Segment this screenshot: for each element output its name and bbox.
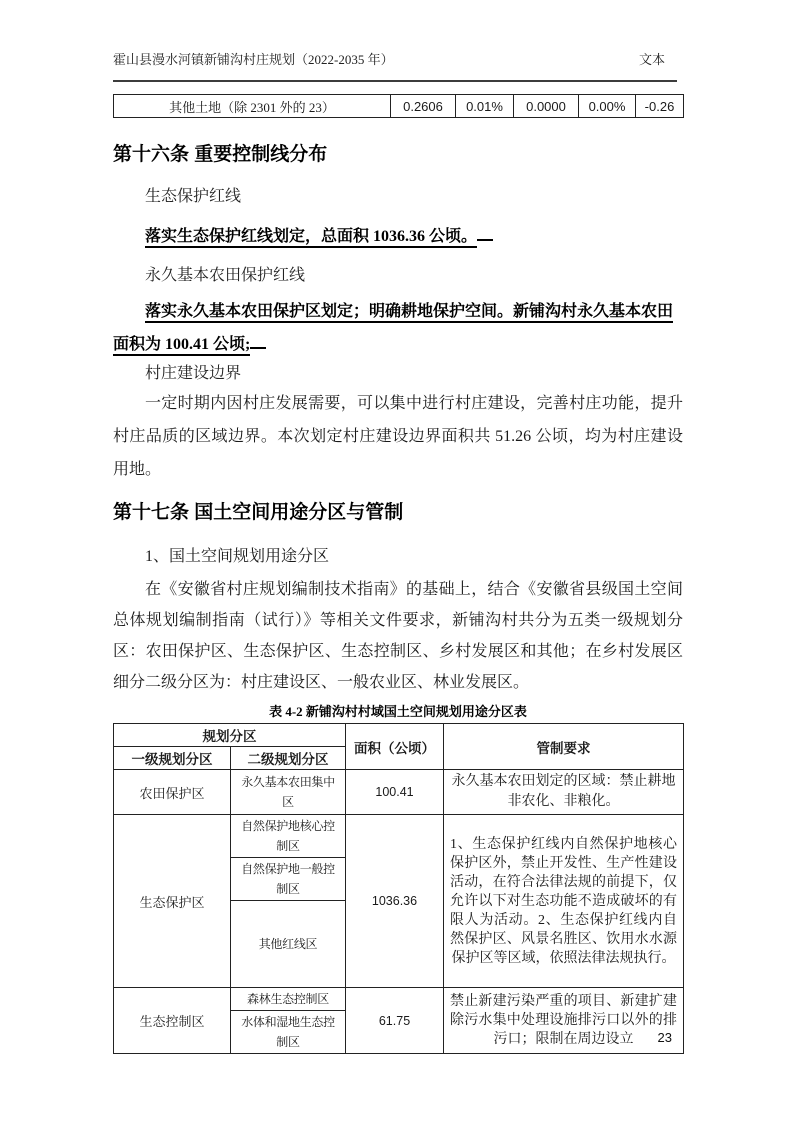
delta-cell: -0.26	[636, 95, 684, 118]
article-17-heading: 第十七条 国土空间用途分区与管制	[113, 500, 683, 526]
header-area: 面积（公顷）	[346, 724, 444, 770]
area-cell: 61.75	[346, 988, 444, 1054]
percent-cell: 0.00%	[579, 95, 636, 118]
document-page: 霍山县漫水河镇新铺沟村庄规划（2022-2035 年） 文本 其他土地（除 23…	[0, 0, 794, 1122]
table-row: 其他土地（除 2301 外的 23） 0.2606 0.01% 0.0000 0…	[114, 95, 684, 118]
rule-cell: 1、生态保护红线内自然保护地核心保护区外，禁止开发性、生产性建设活动，在符合法律…	[444, 815, 684, 988]
percent-cell: 0.01%	[456, 95, 514, 118]
header-zoning-group: 规划分区	[114, 724, 346, 747]
rule-cell: 禁止新建污染严重的项目、新建扩建除污水集中处理设施排污口以外的排污口；限制在周边…	[444, 988, 684, 1054]
header-control-requirements: 管制要求	[444, 724, 684, 770]
land-use-zoning-table: 规划分区 面积（公顷） 管制要求 一级规划分区 二级规划分区 农田保护区 永久基…	[113, 723, 684, 1054]
level1-cell: 生态控制区	[114, 988, 231, 1054]
table-row-farmland: 农田保护区 永久基本农田集中区 100.41 永久基本农田划定的区域：禁止耕地非…	[114, 770, 684, 815]
farmland-redline-clause: 落实永久基本农田保护区划定；明确耕地保护空间。新铺沟村永久基本农田面积为 100…	[113, 295, 683, 361]
village-boundary-paragraph: 一定时期内因村庄发展需要，可以集中进行村庄建设，完善村庄功能，提升村庄品质的区域…	[113, 387, 683, 486]
header-level2-zone: 二级规划分区	[231, 747, 346, 770]
level2-cell: 水体和湿地生态控制区	[231, 1011, 346, 1054]
land-type-cell: 其他土地（除 2301 外的 23）	[114, 95, 391, 118]
level2-cell: 自然保护地一般控制区	[231, 858, 346, 901]
area-cell: 1036.36	[346, 815, 444, 988]
eco-redline-clause: 落实生态保护红线划定，总面积 1036.36 公顷。	[113, 220, 683, 253]
rule-cell: 永久基本农田划定的区域：禁止耕地非农化、非粮化。	[444, 770, 684, 815]
zoning-intro-paragraph: 在《安徽省村庄规划编制技术指南》的基础上，结合《安徽省县级国土空间总体规划编制指…	[113, 574, 683, 698]
eco-redline-clause-text: 落实生态保护红线划定，总面积 1036.36 公顷。	[145, 228, 477, 248]
subsection-eco-redline: 生态保护红线	[113, 186, 683, 208]
table-row-eco-protect: 生态保护区 自然保护地核心控制区 1036.36 1、生态保护红线内自然保护地核…	[114, 815, 684, 858]
underline-tail	[477, 227, 493, 241]
level2-cell: 其他红线区	[231, 901, 346, 988]
area-cell: 0.2606	[391, 95, 456, 118]
level2-cell: 永久基本农田集中区	[231, 770, 346, 815]
level1-cell: 生态保护区	[114, 815, 231, 988]
level1-cell: 农田保护区	[114, 770, 231, 815]
subsection-farmland-redline: 永久基本农田保护红线	[113, 265, 683, 287]
area-cell: 100.41	[346, 770, 444, 815]
page-content: 霍山县漫水河镇新铺沟村庄规划（2022-2035 年） 文本 其他土地（除 23…	[113, 0, 683, 1054]
article-16-heading: 第十六条 重要控制线分布	[113, 142, 683, 168]
header-level1-zone: 一级规划分区	[114, 747, 231, 770]
subsection-village-boundary: 村庄建设边界	[113, 363, 683, 385]
level2-cell: 森林生态控制区	[231, 988, 346, 1011]
farmland-redline-clause-text: 落实永久基本农田保护区划定；明确耕地保护空间。新铺沟村永久基本农田面积为 100…	[113, 303, 673, 356]
running-header: 霍山县漫水河镇新铺沟村庄规划（2022-2035 年） 文本	[113, 0, 683, 68]
level2-cell: 自然保护地核心控制区	[231, 815, 346, 858]
document-title: 霍山县漫水河镇新铺沟村庄规划（2022-2035 年）	[113, 49, 394, 68]
article-17-item-1: 1、国土空间规划用途分区	[113, 546, 683, 568]
document-type-label: 文本	[639, 49, 683, 68]
header-divider	[113, 80, 677, 82]
table-row-eco-control: 生态控制区 森林生态控制区 61.75 禁止新建污染严重的项目、新建扩建除污水集…	[114, 988, 684, 1011]
page-number: 23	[658, 1030, 672, 1045]
underline-tail	[250, 335, 266, 349]
table-header-row-1: 规划分区 面积（公顷） 管制要求	[114, 724, 684, 747]
table-4-2-caption: 表 4-2 新铺沟村村域国土空间规划用途分区表	[113, 704, 683, 720]
land-balance-table-fragment: 其他土地（除 2301 外的 23） 0.2606 0.01% 0.0000 0…	[113, 94, 684, 118]
area-cell: 0.0000	[514, 95, 579, 118]
